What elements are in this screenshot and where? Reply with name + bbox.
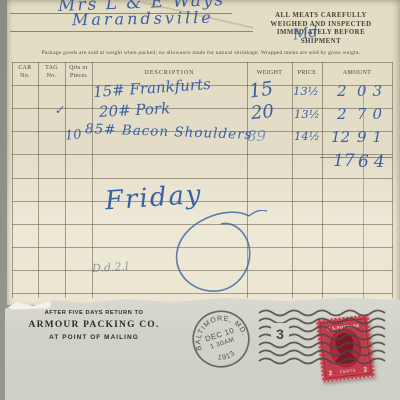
company-name: ARMOUR PACKING CO. bbox=[25, 320, 163, 330]
fine-print: Package goods are sold at weight when pa… bbox=[15, 50, 387, 56]
mailing-line: AT POINT OF MAILING bbox=[25, 334, 163, 341]
address-rule-line bbox=[10, 31, 253, 32]
grid-line bbox=[12, 178, 393, 179]
header-weight: WEIGHT bbox=[247, 70, 292, 78]
row-amount-dollars: 2 bbox=[337, 82, 347, 100]
row-amount-cents: 91 bbox=[357, 128, 388, 146]
invoice-paper: Mrs L & E Ways Marandsville TERMS CASH A… bbox=[7, 0, 400, 305]
row-qty: 10 bbox=[64, 127, 82, 143]
row-tag-check: ✓ bbox=[53, 103, 64, 118]
total-cents: 64 bbox=[358, 152, 390, 172]
cancel-number: 3 bbox=[276, 326, 284, 342]
grid-line bbox=[12, 62, 393, 63]
header-price: PRICE bbox=[292, 70, 322, 78]
grid-line bbox=[12, 108, 393, 109]
photo-background: Mrs L & E Ways Marandsville TERMS CASH A… bbox=[0, 0, 400, 400]
postmark-year: 1913 bbox=[215, 347, 238, 364]
grid-line bbox=[12, 62, 13, 298]
bottom-scribble: D.d.2.l bbox=[92, 260, 129, 275]
row-price: 14½ bbox=[294, 129, 320, 143]
name-rule-line bbox=[10, 13, 232, 14]
row-amount-dollars: 12 bbox=[331, 128, 350, 146]
row-description: 20# Pork bbox=[99, 99, 171, 121]
row-amount-dollars: 2 bbox=[337, 105, 347, 123]
grid-line bbox=[322, 62, 323, 298]
handwritten-address: Marandsville bbox=[72, 8, 214, 29]
notice-line: ALL MEATS CAREFULLY bbox=[257, 12, 385, 21]
header-tag: TAG No. bbox=[38, 65, 65, 80]
row-weight: 15 bbox=[248, 77, 275, 102]
grid-line bbox=[392, 62, 393, 298]
row-amount-cents: 70 bbox=[357, 105, 388, 123]
header-amount: AMOUNT bbox=[322, 70, 392, 78]
notice-line: SHIPMENT bbox=[257, 38, 385, 47]
row-weight: 20 bbox=[250, 101, 275, 124]
header-qty: Qrts or Pieces bbox=[65, 65, 92, 80]
svg-text:1913: 1913 bbox=[215, 347, 238, 364]
grid-line bbox=[38, 62, 39, 298]
terms-label: TERMS CASH bbox=[269, 0, 381, 3]
cancel-wavy-lines: 3 bbox=[257, 307, 397, 365]
handwritten-mark: Md bbox=[292, 22, 319, 43]
notice-line: IMMEDIATELY BEFORE bbox=[257, 29, 385, 38]
pen-loop-scribble bbox=[169, 210, 269, 302]
postmark-stamp: BALTIMORE, MD. DEC 10 1 30AM 1913 bbox=[176, 294, 267, 385]
header-description: DESCRIPTION bbox=[92, 70, 247, 78]
notice-line: WEIGHED AND INSPECTED bbox=[257, 21, 385, 30]
total-dollars: 17 bbox=[333, 151, 355, 171]
row-price: 13½ bbox=[293, 84, 319, 98]
row-amount-cents: 03 bbox=[357, 82, 388, 100]
envelope: AFTER FIVE DAYS RETURN TO ARMOUR PACKING… bbox=[5, 297, 400, 400]
row-weight: 89 bbox=[247, 127, 266, 145]
return-notice: AFTER FIVE DAYS RETURN TO bbox=[25, 310, 163, 316]
row-price: 13½ bbox=[294, 107, 320, 121]
grid-line bbox=[65, 62, 66, 298]
meats-notice: ALL MEATS CAREFULLY WEIGHED AND INSPECTE… bbox=[257, 12, 385, 46]
header-car: CAR No. bbox=[12, 65, 38, 80]
return-address-block: AFTER FIVE DAYS RETURN TO ARMOUR PACKING… bbox=[25, 310, 163, 341]
